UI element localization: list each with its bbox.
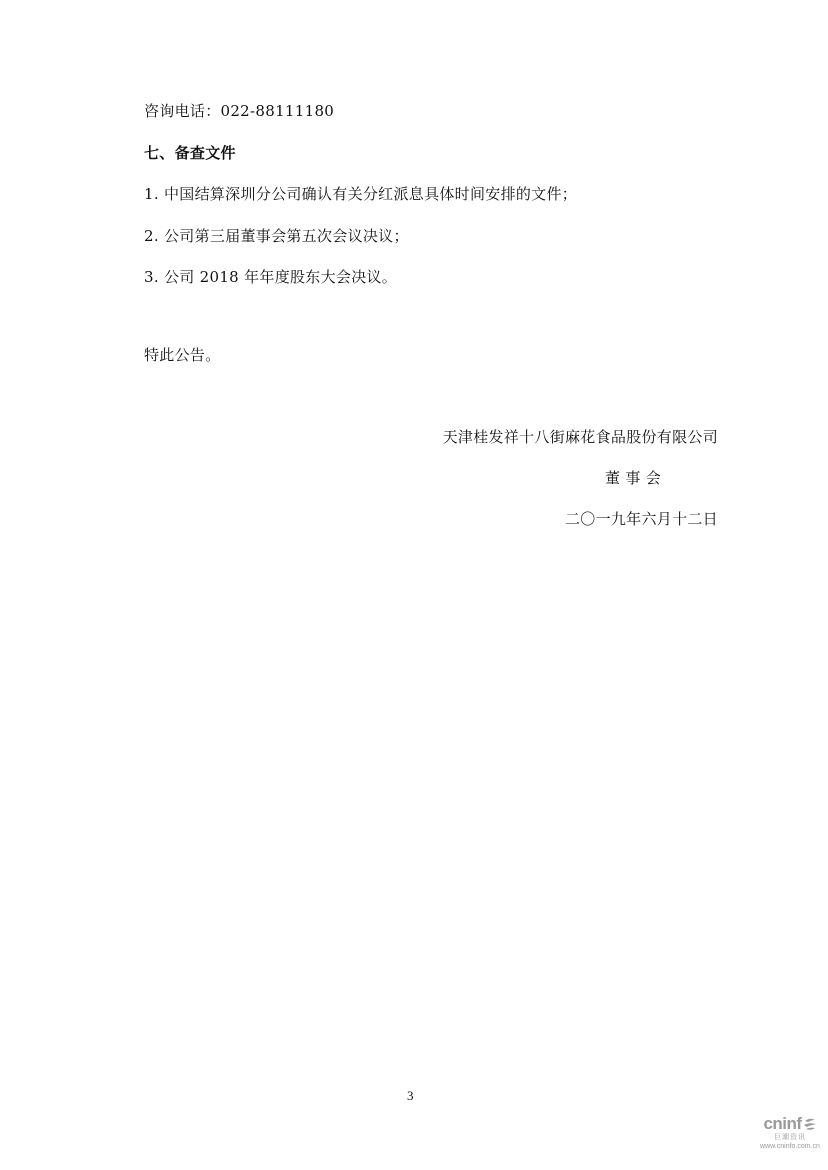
list-item-1: 1. 中国结算深圳分公司确认有关分红派息具体时间安排的文件； — [144, 184, 577, 204]
watermark-logo-text: cninf — [763, 1115, 801, 1133]
list-item-2: 2. 公司第三届董事会第五次会议决议； — [144, 226, 409, 246]
contact-phone-line: 咨询电话：022-88111180 — [144, 101, 334, 121]
closing-statement: 特此公告。 — [144, 345, 221, 365]
watermark-url: www.cninfo.com.cn — [752, 1142, 828, 1151]
watermark-chinese-name: 巨潮资讯 — [752, 1133, 828, 1142]
cninfo-watermark: cninf 巨潮资讯 www.cninfo.com.cn — [752, 1115, 828, 1151]
watermark-logo: cninf — [752, 1115, 828, 1133]
signature-board: 董 事 会 — [605, 468, 661, 488]
page-number: 3 — [407, 1088, 414, 1104]
signature-company: 天津桂发祥十八街麻花食品股份有限公司 — [443, 427, 718, 447]
signature-date: 二〇一九年六月十二日 — [565, 509, 718, 529]
section-heading: 七、备查文件 — [144, 143, 236, 163]
list-item-3: 3. 公司 2018 年年度股东大会决议。 — [144, 267, 397, 287]
cninfo-swirl-icon — [803, 1117, 817, 1131]
